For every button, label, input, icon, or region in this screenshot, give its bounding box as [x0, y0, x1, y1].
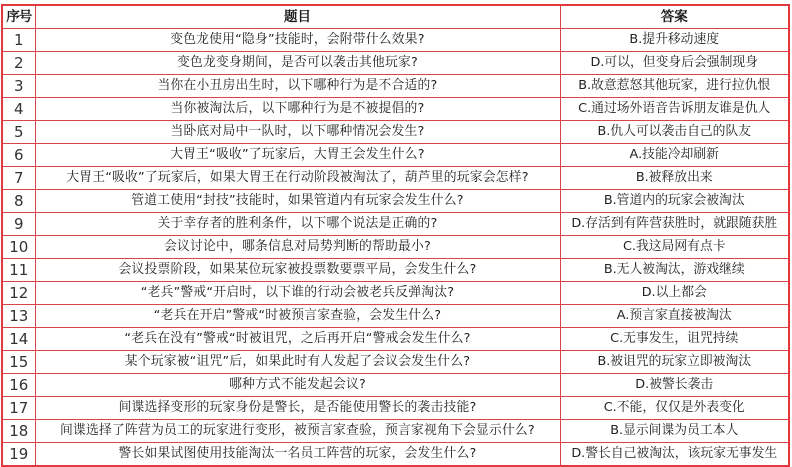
- row-answer: B.被释放出来: [560, 167, 789, 190]
- header-answer: 答案: [560, 5, 789, 29]
- row-number: 10: [2, 236, 35, 259]
- row-number: 9: [2, 213, 35, 236]
- row-answer: C.我这局网有点卡: [560, 236, 789, 259]
- row-answer: D.警长自己被淘汰，该玩家无事发生: [560, 443, 789, 465]
- row-question: 会议投票阶段，如果某位玩家被投票数要票平局，会发生什么?: [35, 259, 560, 282]
- row-number: 6: [2, 144, 35, 167]
- table-row: 9关于幸存者的胜利条件，以下哪个说法是正确的?D.存活到有阵营获胜时，就跟随获胜: [2, 213, 789, 236]
- row-question: 变色龙使用“隐身”技能时，会附带什么效果?: [35, 29, 560, 52]
- row-answer: C.无事发生，诅咒持续: [560, 328, 789, 351]
- table-row: 8管道工使用“封技”技能时，如果管道内有玩家会发生什么?B.管道内的玩家会被淘汰: [2, 190, 789, 213]
- table-row: 17间谍选择变形的玩家身份是警长，是否能使用警长的袭击技能?C.不能，仅仅是外表…: [2, 397, 789, 420]
- row-number: 4: [2, 98, 35, 121]
- row-answer: B.被诅咒的玩家立即被淘汰: [560, 351, 789, 374]
- row-number: 5: [2, 121, 35, 144]
- row-question: 当你在小丑房出生时，以下哪种行为是不合适的?: [35, 75, 560, 98]
- row-answer: B.无人被淘汰，游戏继续: [560, 259, 789, 282]
- row-question: 间谍选择变形的玩家身份是警长，是否能使用警长的袭击技能?: [35, 397, 560, 420]
- table-row: 19警长如果试图使用技能淘汰一名员工阵营的玩家，会发生什么?D.警长自己被淘汰，…: [2, 443, 789, 465]
- row-number: 12: [2, 282, 35, 305]
- row-answer: B.仇人可以袭击自己的队友: [560, 121, 789, 144]
- table-row: 5当卧底对局中一队时，以下哪种情况会发生?B.仇人可以袭击自己的队友: [2, 121, 789, 144]
- row-number: 1: [2, 29, 35, 52]
- row-number: 19: [2, 443, 35, 465]
- row-question: “老兵在没有”警戒“时被诅咒，之后再开启“警戒会发生什么?: [35, 328, 560, 351]
- row-answer: D.被警长袭击: [560, 374, 789, 397]
- row-answer: B.故意惹怒其他玩家，进行拉仇恨: [560, 75, 789, 98]
- table-header-row: 序号 题目 答案: [2, 5, 789, 29]
- table-row: 15某个玩家被“诅咒”后，如果此时有人发起了会议会发生什么?B.被诅咒的玩家立即…: [2, 351, 789, 374]
- row-question: 间谍选择了阵营为员工的玩家进行变形，被预言家查验，预言家视角下会显示什么?: [35, 420, 560, 443]
- table-row: 4当你被淘汰后，以下哪种行为是不被提倡的?C.通过场外语音告诉朋友谁是仇人: [2, 98, 789, 121]
- row-answer: D.存活到有阵营获胜时，就跟随获胜: [560, 213, 789, 236]
- table-row: 13“老兵在开启”警戒“时被预言家查验，会发生什么?A.预言家直接被淘汰: [2, 305, 789, 328]
- table-row: 12“老兵”警戒“开启时，以下谁的行动会被老兵反弹淘汰?D.以上都会: [2, 282, 789, 305]
- row-number: 8: [2, 190, 35, 213]
- row-number: 18: [2, 420, 35, 443]
- row-answer: B.显示间谍为员工本人: [560, 420, 789, 443]
- row-number: 2: [2, 52, 35, 75]
- table-row: 18间谍选择了阵营为员工的玩家进行变形，被预言家查验，预言家视角下会显示什么?B…: [2, 420, 789, 443]
- row-question: 大胃王“吸收”了玩家后，大胃王会发生什么?: [35, 144, 560, 167]
- table-body: 1变色龙使用“隐身”技能时，会附带什么效果?B.提升移动速度2变色龙变身期间，是…: [2, 29, 789, 465]
- row-answer: D.可以，但变身后会强制现身: [560, 52, 789, 75]
- row-answer: C.通过场外语音告诉朋友谁是仇人: [560, 98, 789, 121]
- row-answer: B.提升移动速度: [560, 29, 789, 52]
- row-question: “老兵在开启”警戒“时被预言家查验，会发生什么?: [35, 305, 560, 328]
- table-row: 14“老兵在没有”警戒“时被诅咒，之后再开启“警戒会发生什么?C.无事发生，诅咒…: [2, 328, 789, 351]
- header-question: 题目: [35, 5, 560, 29]
- row-question: 哪种方式不能发起会议?: [35, 374, 560, 397]
- row-question: 当你被淘汰后，以下哪种行为是不被提倡的?: [35, 98, 560, 121]
- row-question: 某个玩家被“诅咒”后，如果此时有人发起了会议会发生什么?: [35, 351, 560, 374]
- row-number: 14: [2, 328, 35, 351]
- row-number: 11: [2, 259, 35, 282]
- row-answer: C.不能，仅仅是外表变化: [560, 397, 789, 420]
- table-row: 3当你在小丑房出生时，以下哪种行为是不合适的?B.故意惹怒其他玩家，进行拉仇恨: [2, 75, 789, 98]
- row-number: 16: [2, 374, 35, 397]
- row-answer: B.管道内的玩家会被淘汰: [560, 190, 789, 213]
- row-question: “老兵”警戒“开启时，以下谁的行动会被老兵反弹淘汰?: [35, 282, 560, 305]
- table-row: 11会议投票阶段，如果某位玩家被投票数要票平局，会发生什么?B.无人被淘汰，游戏…: [2, 259, 789, 282]
- table-row: 16哪种方式不能发起会议?D.被警长袭击: [2, 374, 789, 397]
- row-question: 警长如果试图使用技能淘汰一名员工阵营的玩家，会发生什么?: [35, 443, 560, 465]
- row-question: 变色龙变身期间，是否可以袭击其他玩家?: [35, 52, 560, 75]
- row-question: 大胃王“吸收”了玩家后，如果大胃王在行动阶段被淘汰了，葫芦里的玩家会怎样?: [35, 167, 560, 190]
- row-question: 管道工使用“封技”技能时，如果管道内有玩家会发生什么?: [35, 190, 560, 213]
- row-number: 13: [2, 305, 35, 328]
- row-question: 关于幸存者的胜利条件，以下哪个说法是正确的?: [35, 213, 560, 236]
- row-number: 3: [2, 75, 35, 98]
- table-row: 2变色龙变身期间，是否可以袭击其他玩家?D.可以，但变身后会强制现身: [2, 52, 789, 75]
- row-question: 会议讨论中，哪条信息对局势判断的帮助最小?: [35, 236, 560, 259]
- row-answer: D.以上都会: [560, 282, 789, 305]
- row-answer: A.预言家直接被淘汰: [560, 305, 789, 328]
- header-number: 序号: [2, 5, 35, 29]
- row-number: 7: [2, 167, 35, 190]
- row-answer: A.技能冷却刷新: [560, 144, 789, 167]
- row-number: 17: [2, 397, 35, 420]
- table-row: 1变色龙使用“隐身”技能时，会附带什么效果?B.提升移动速度: [2, 29, 789, 52]
- row-question: 当卧底对局中一队时，以下哪种情况会发生?: [35, 121, 560, 144]
- table-row: 10会议讨论中，哪条信息对局势判断的帮助最小?C.我这局网有点卡: [2, 236, 789, 259]
- table-row: 6大胃王“吸收”了玩家后，大胃王会发生什么?A.技能冷却刷新: [2, 144, 789, 167]
- table-row: 7大胃王“吸收”了玩家后，如果大胃王在行动阶段被淘汰了，葫芦里的玩家会怎样?B.…: [2, 167, 789, 190]
- row-number: 15: [2, 351, 35, 374]
- qa-table-container: 序号 题目 答案 1变色龙使用“隐身”技能时，会附带什么效果?B.提升移动速度2…: [1, 4, 790, 464]
- qa-table: 序号 题目 答案 1变色龙使用“隐身”技能时，会附带什么效果?B.提升移动速度2…: [1, 4, 790, 464]
